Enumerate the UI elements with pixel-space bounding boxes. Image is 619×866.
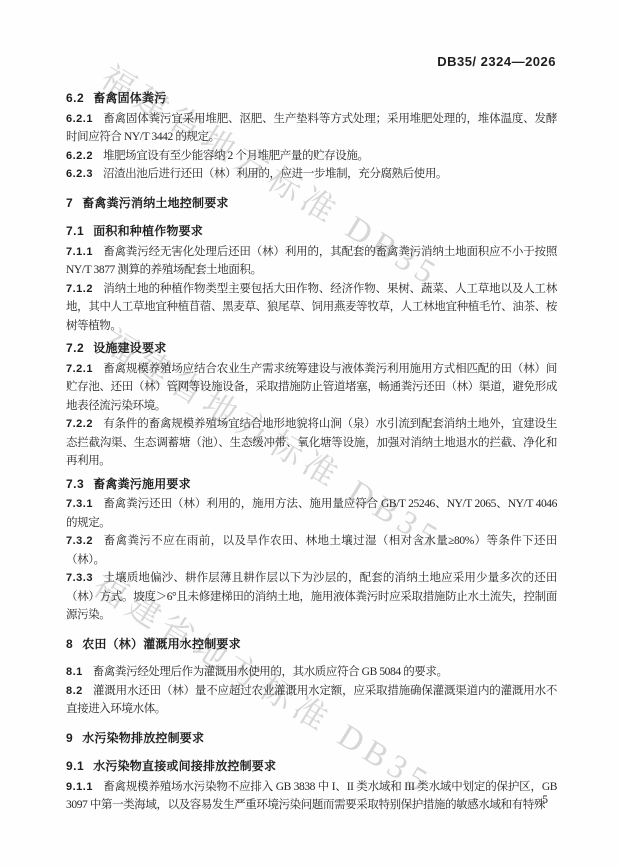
clause-text: 土壤质地偏沙、耕作层薄且耕作层以下为沙层的，配套的消纳土地应采用少量多次的还田（… [66, 572, 557, 621]
clause-number: 6.2.1 [66, 113, 93, 125]
clause-8-2: 8.2灌溉用水还田（林）量不应超过农业灌溉用水定额，应采取措施确保灌溉渠道内的灌… [66, 682, 557, 719]
page-number: 5 [542, 794, 548, 806]
clause-number: 7.1.1 [66, 246, 93, 258]
clause-title: 水污染物直接或间接排放控制要求 [93, 759, 276, 773]
clause-title: 畜禽固体粪污 [93, 91, 166, 105]
clause-6-2-3: 6.2.3沼渣出池后进行还田（林）利用的，应进一步堆制，充分腐熟后使用。 [66, 165, 557, 184]
clause-text: 消纳土地的种植作物类型主要包括大田作物、经济作物、果树、蔬菜、人工草地以及人工林… [66, 283, 557, 332]
clause-number: 7.2.2 [66, 418, 93, 430]
chapter-title: 水污染物排放控制要求 [82, 731, 204, 745]
clause-title: 畜禽粪污施用要求 [93, 477, 191, 491]
clause-number: 9.1 [66, 759, 84, 773]
chapter-title: 农田（林）灌溉用水控制要求 [82, 637, 241, 651]
clause-7-2-1: 7.2.1畜禽规模养殖场应结合农业生产需求统筹建设与液体粪污利用施用方式相匹配的… [66, 360, 557, 416]
clause-number: 7.3.3 [66, 572, 93, 584]
chapter-number: 9 [66, 731, 73, 745]
chapter-number: 7 [66, 196, 73, 210]
clause-text: 堆肥场宜设有至少能容纳 2 个月堆肥产量的贮存设施。 [103, 150, 369, 162]
clause-number: 7.2 [66, 341, 84, 355]
clause-6-2-2: 6.2.2堆肥场宜设有至少能容纳 2 个月堆肥产量的贮存设施。 [66, 147, 557, 166]
clause-7-1-2: 7.1.2消纳土地的种植作物类型主要包括大田作物、经济作物、果树、蔬菜、人工草地… [66, 280, 557, 336]
standard-number-header: DB35/ 2324—2026 [437, 54, 556, 69]
clause-number: 8.1 [66, 666, 83, 678]
clause-number: 6.2.2 [66, 150, 93, 162]
clause-text: 畜禽粪污不应在雨前，以及旱作农田、林地土壤过湿（相对含水量≥80%）等条件下还田… [66, 535, 557, 566]
clause-7-1-1: 7.1.1畜禽粪污经无害化处理后还田（林）利用的，其配套的畜禽粪污消纳土地面积应… [66, 243, 557, 280]
document-page: 福建省地方标准 DB35 福建省地方标准 DB35 福建省地方标准 DB35 D… [0, 0, 619, 866]
clause-number: 8.2 [66, 685, 83, 697]
chapter-heading-8: 8农田（林）灌溉用水控制要求 [66, 635, 557, 654]
clause-text: 畜禽粪污还田（林）利用的，施用方法、施用量应符合 GB/T 25246、NY/T… [66, 498, 557, 529]
clause-7-2-2: 7.2.2有条件的畜禽规模养殖场宜结合地形地貌将山涧（泉）水引流到配套消纳土地外… [66, 415, 557, 471]
clause-text: 畜禽固体粪污宜采用堆肥、沤肥、生产垫料等方式处理；采用堆肥处理的，堆体温度、发酵… [66, 113, 557, 144]
clause-text: 畜禽规模养殖场水污染物不应排入 GB 3838 中 I、II 类水域和 III … [66, 781, 557, 812]
clause-text: 沼渣出池后进行还田（林）利用的，应进一步堆制，充分腐熟后使用。 [103, 168, 447, 180]
clause-number: 9.1.1 [66, 781, 93, 793]
clause-number: 7.3.1 [66, 498, 93, 510]
document-content: 6.2畜禽固体粪污 6.2.1畜禽固体粪污宜采用堆肥、沤肥、生产垫料等方式处理；… [66, 89, 557, 815]
clause-7-3-2: 7.3.2畜禽粪污不应在雨前，以及旱作农田、林地土壤过湿（相对含水量≥80%）等… [66, 532, 557, 569]
clause-heading-7-2: 7.2设施建设要求 [66, 339, 557, 358]
chapter-heading-7: 7畜禽粪污消纳土地控制要求 [66, 194, 557, 213]
clause-heading-7-1: 7.1面积和种植作物要求 [66, 222, 557, 241]
clause-7-3-3: 7.3.3土壤质地偏沙、耕作层薄且耕作层以下为沙层的，配套的消纳土地应采用少量多… [66, 569, 557, 625]
clause-9-1-1: 9.1.1畜禽规模养殖场水污染物不应排入 GB 3838 中 I、II 类水域和… [66, 778, 557, 815]
chapter-heading-9: 9水污染物排放控制要求 [66, 729, 557, 748]
clause-text: 畜禽粪污经处理后作为灌溉用水使用的，其水质应符合 GB 5084 的要求。 [93, 666, 448, 678]
clause-6-2-1: 6.2.1畜禽固体粪污宜采用堆肥、沤肥、生产垫料等方式处理；采用堆肥处理的，堆体… [66, 110, 557, 147]
clause-heading-7-3: 7.3畜禽粪污施用要求 [66, 475, 557, 494]
clause-number: 7.3.2 [66, 535, 93, 547]
clause-heading-9-1: 9.1水污染物直接或间接排放控制要求 [66, 757, 557, 776]
clause-number: 7.1 [66, 224, 84, 238]
clause-number: 7.2.1 [66, 363, 93, 375]
clause-text: 有条件的畜禽规模养殖场宜结合地形地貌将山涧（泉）水引流到配套消纳土地外，宜建设生… [66, 418, 557, 467]
clause-number: 7.1.2 [66, 283, 93, 295]
clause-title: 设施建设要求 [93, 341, 166, 355]
clause-text: 畜禽粪污经无害化处理后还田（林）利用的，其配套的畜禽粪污消纳土地面积应不小于按照… [66, 246, 557, 277]
clause-title: 面积和种植作物要求 [93, 224, 203, 238]
clause-number: 7.3 [66, 477, 84, 491]
clause-number: 6.2.3 [66, 168, 93, 180]
clause-7-3-1: 7.3.1畜禽粪污还田（林）利用的，施用方法、施用量应符合 GB/T 25246… [66, 495, 557, 532]
clause-heading-6-2: 6.2畜禽固体粪污 [66, 89, 557, 108]
clause-number: 6.2 [66, 91, 84, 105]
clause-text: 灌溉用水还田（林）量不应超过农业灌溉用水定额，应采取措施确保灌溉渠道内的灌溉用水… [66, 685, 557, 716]
chapter-number: 8 [66, 637, 73, 651]
clause-8-1: 8.1畜禽粪污经处理后作为灌溉用水使用的，其水质应符合 GB 5084 的要求。 [66, 663, 557, 682]
clause-text: 畜禽规模养殖场应结合农业生产需求统筹建设与液体粪污利用施用方式相匹配的田（林）间… [66, 363, 557, 412]
chapter-title: 畜禽粪污消纳土地控制要求 [82, 196, 228, 210]
